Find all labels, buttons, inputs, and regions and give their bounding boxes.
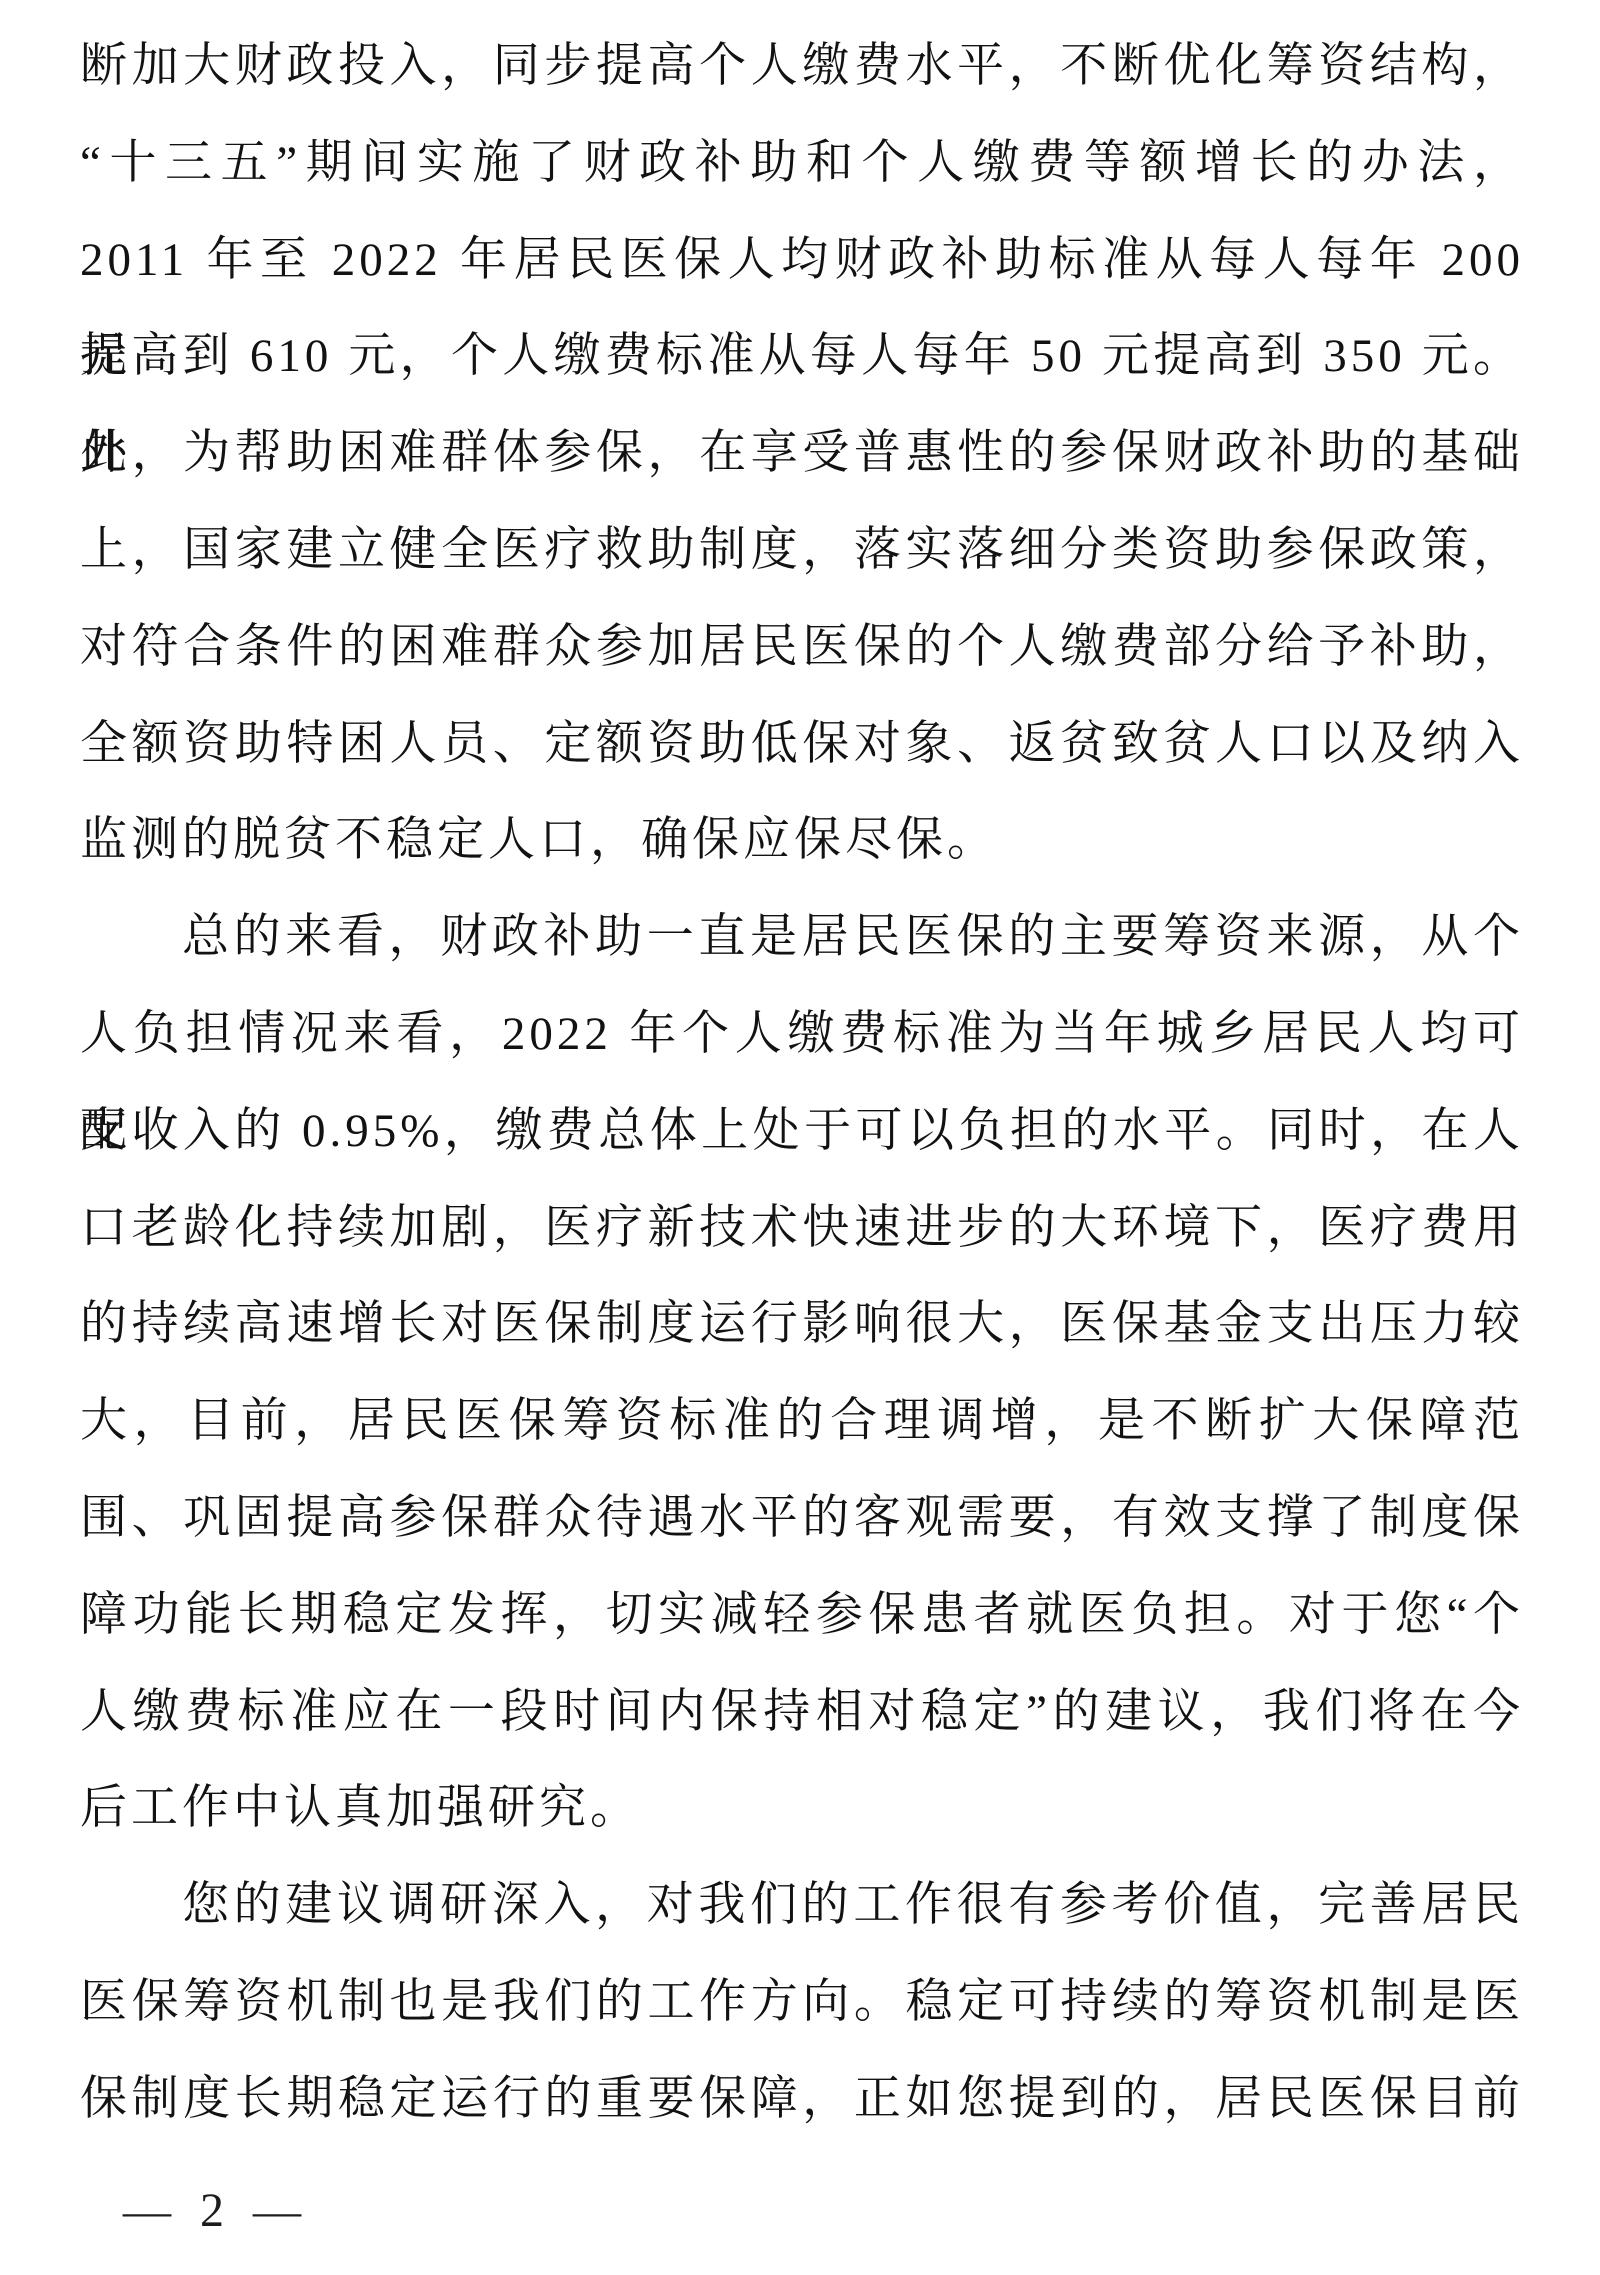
page-footer: — 2 — <box>124 2185 300 2237</box>
document-body: 断加大财政投入，同步提高个人缴费水平，不断优化筹资结构， “十三五”期间实施了财… <box>80 18 1524 2148</box>
paragraph-1: 断加大财政投入，同步提高个人缴费水平，不断优化筹资结构， “十三五”期间实施了财… <box>80 18 1524 889</box>
text-line: 医保筹资机制也是我们的工作方向。稳定可持续的筹资机制是医 <box>80 1954 1524 2051</box>
text-line: 断加大财政投入，同步提高个人缴费水平，不断优化筹资结构， <box>80 18 1524 115</box>
text-line: 全额资助特困人员、定额资助低保对象、返贫致贫人口以及纳入 <box>80 696 1524 793</box>
text-line: 您的建议调研深入，对我们的工作很有参考价值，完善居民 <box>80 1857 1524 1954</box>
text-line: 配收入的 0.95%，缴费总体上处于可以负担的水平。同时，在人 <box>80 1083 1524 1180</box>
text-line: 对符合条件的困难群众参加居民医保的个人缴费部分给予补助， <box>80 599 1524 696</box>
text-line: 总的来看，财政补助一直是居民医保的主要筹资来源，从个 <box>80 889 1524 986</box>
page-number: 2 <box>200 2185 224 2237</box>
text-line: 人负担情况来看，2022 年个人缴费标准为当年城乡居民人均可支 <box>80 986 1524 1083</box>
text-line: 监测的脱贫不稳定人口，确保应保尽保。 <box>80 792 1524 889</box>
paragraph-2: 总的来看，财政补助一直是居民医保的主要筹资来源，从个 人负担情况来看，2022 … <box>80 889 1524 1857</box>
paragraph-3: 您的建议调研深入，对我们的工作很有参考价值，完善居民 医保筹资机制也是我们的工作… <box>80 1857 1524 2147</box>
text-line: 人缴费标准应在一段时间内保持相对稳定”的建议，我们将在今 <box>80 1664 1524 1761</box>
text-line: 大，目前，居民医保筹资标准的合理调增，是不断扩大保障范 <box>80 1373 1524 1470</box>
footer-dash-left: — <box>123 2185 171 2237</box>
document-page: 断加大财政投入，同步提高个人缴费水平，不断优化筹资结构， “十三五”期间实施了财… <box>0 0 1600 2275</box>
text-line: 2011 年至 2022 年居民医保人均财政补助标准从每人每年 200 元 <box>80 212 1524 309</box>
text-line: 上，国家建立健全医疗救助制度，落实落细分类资助参保政策， <box>80 502 1524 599</box>
text-line: 提高到 610 元，个人缴费标准从每人每年 50 元提高到 350 元。此 <box>80 308 1524 405</box>
text-line: 的持续高速增长对医保制度运行影响很大，医保基金支出压力较 <box>80 1276 1524 1373</box>
text-line: 围、巩固提高参保群众待遇水平的客观需要，有效支撑了制度保 <box>80 1470 1524 1567</box>
text-line: 后工作中认真加强研究。 <box>80 1760 1524 1857</box>
footer-dash-right: — <box>253 2185 301 2237</box>
text-line: 外，为帮助困难群体参保，在享受普惠性的参保财政补助的基础 <box>80 405 1524 502</box>
text-line: 保制度长期稳定运行的重要保障，正如您提到的，居民医保目前 <box>80 2051 1524 2148</box>
text-line: 口老龄化持续加剧，医疗新技术快速进步的大环境下，医疗费用 <box>80 1180 1524 1277</box>
text-line: 障功能长期稳定发挥，切实减轻参保患者就医负担。对于您“个 <box>80 1567 1524 1664</box>
text-line: “十三五”期间实施了财政补助和个人缴费等额增长的办法， <box>80 115 1524 212</box>
